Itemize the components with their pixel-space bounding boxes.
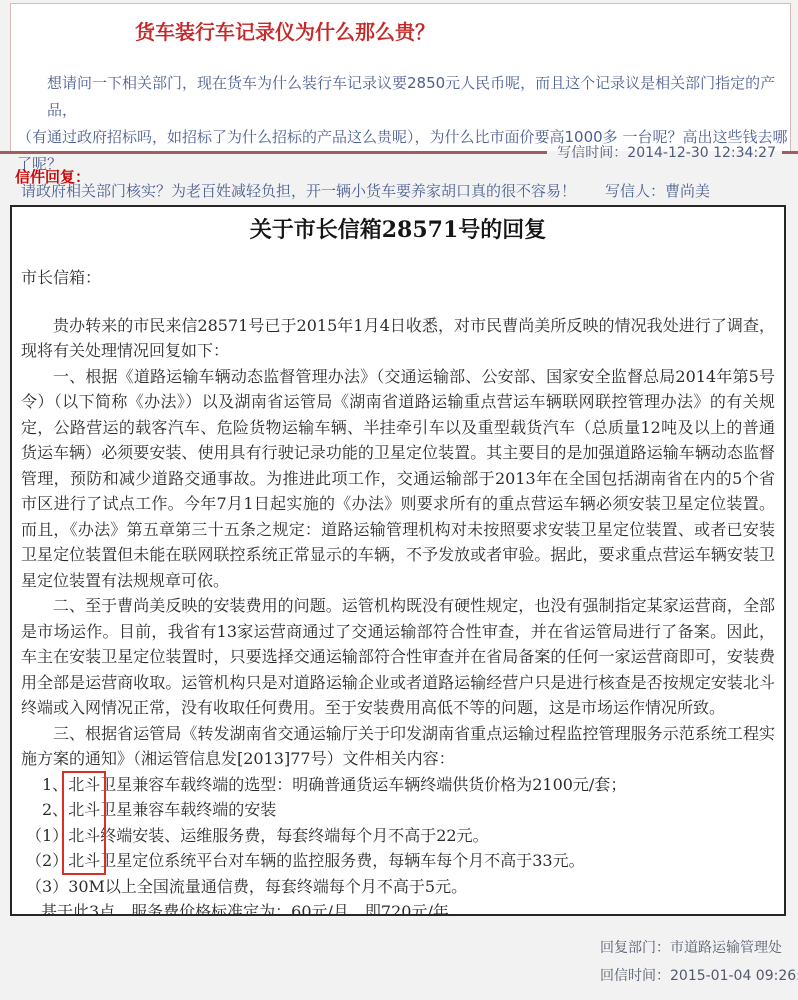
summary-line: 基于此3点，服务费价格标准定为：60元/月，即720元/年。 (21, 899, 775, 916)
item-number: （3） (26, 877, 68, 896)
reply-salutation: 市长信箱： (21, 265, 775, 291)
list-item-5: （3）30M以上全国流量通信费，每套终端每个月不高于5元。 (21, 874, 775, 900)
item-number: 2、 (42, 800, 68, 819)
beidou-text: 北斗 (68, 800, 100, 819)
list-item-2: 2、北斗卫星兼容车载终端的安装 (21, 797, 775, 823)
item-number: （2） (26, 851, 68, 870)
reply-paragraph-1: 一、根据《道路运输车辆动态监督管理办法》（交通运输部、公安部、国家安全监督总局2… (21, 364, 775, 594)
reply-footer: 回复部门：市道路运输管理处 回信时间：2015-01-04 09:26:56 (600, 934, 798, 990)
list-item-1: 1、北斗卫星兼容车载终端的选型：明确普通货运车辆终端供货价格为2100元/套； (21, 772, 775, 798)
letter-line-1: 想请问一下相关部门，现在货车为什么装行车记录议要2850元人民币呢，而且这个记录… (11, 70, 790, 124)
letter-body: 想请问一下相关部门，现在货车为什么装行车记录议要2850元人民币呢，而且这个记录… (11, 70, 790, 205)
divider-line-left (0, 151, 547, 154)
letter-writer: 写信人：曹尚美 (605, 178, 790, 205)
beidou-text: 北斗 (68, 826, 100, 845)
divider-line-right (782, 151, 798, 154)
letter-card: 货车装行车记录仪为什么那么贵？ 想请问一下相关部门，现在货车为什么装行车记录议要… (10, 3, 791, 151)
reply-paragraph-3: 三、根据省运管局《转发湖南省交通运输厅关于印发湖南省重点运输过程监控管理服务示范… (21, 721, 775, 772)
letter-line-3: 请政府相关部门核实？为老百姓减轻负担，开一辆小货车要养家胡口真的很不容易！ (11, 178, 576, 205)
item-text: 卫星兼容车载终端的选型：明确普通货运车辆终端供货价格为2100元/套； (100, 775, 626, 794)
reply-title: 关于市长信箱28571号的回复 (21, 215, 775, 245)
item-text: 卫星兼容车载终端的安装 (100, 800, 276, 819)
item-number: （1） (26, 826, 68, 845)
letter-line-3-row: 请政府相关部门核实？为老百姓减轻负担，开一辆小货车要养家胡口真的很不容易！ 写信… (11, 178, 790, 205)
list-item-4: （2）北斗卫星定位系统平台对车辆的监控服务费，每辆车每个月不高于33元。 (21, 848, 775, 874)
reply-box: 关于市长信箱28571号的回复 市长信箱： 贵办转来的市民来信28571号已于2… (10, 205, 786, 916)
beidou-item-group: 1、北斗卫星兼容车载终端的选型：明确普通货运车辆终端供货价格为2100元/套； … (21, 772, 775, 874)
list-item-3: （1）北斗终端安装、运维服务费，每套终端每个月不高于22元。 (21, 823, 775, 849)
reply-time: 回信时间：2015-01-04 09:26:56 (600, 962, 798, 990)
item-text: 30M以上全国流量通信费，每套终端每个月不高于5元。 (68, 877, 467, 896)
letter-time-divider: 写信时间：2014-12-30 12:34:27 (0, 143, 798, 161)
item-number: 1、 (42, 775, 68, 794)
letter-title: 货车装行车记录仪为什么那么贵？ (135, 18, 790, 46)
reply-paragraph-intro: 贵办转来的市民来信28571号已于2015年1月4日收悉，对市民曹尚美所反映的情… (21, 313, 775, 364)
item-text: 卫星定位系统平台对车辆的监控服务费，每辆车每个月不高于33元。 (100, 851, 584, 870)
reply-department: 回复部门：市道路运输管理处 (600, 934, 798, 962)
reply-section-label: 信件回复： (15, 166, 90, 187)
beidou-text: 北斗 (68, 775, 100, 794)
item-text: 终端安装、运维服务费，每套终端每个月不高于22元。 (100, 826, 488, 845)
beidou-text: 北斗 (68, 851, 100, 870)
reply-paragraph-2: 二、至于曹尚美反映的安装费用的问题。运管机构既没有硬性规定，也没有强制指定某家运… (21, 593, 775, 721)
letter-time: 写信时间：2014-12-30 12:34:27 (547, 142, 782, 162)
